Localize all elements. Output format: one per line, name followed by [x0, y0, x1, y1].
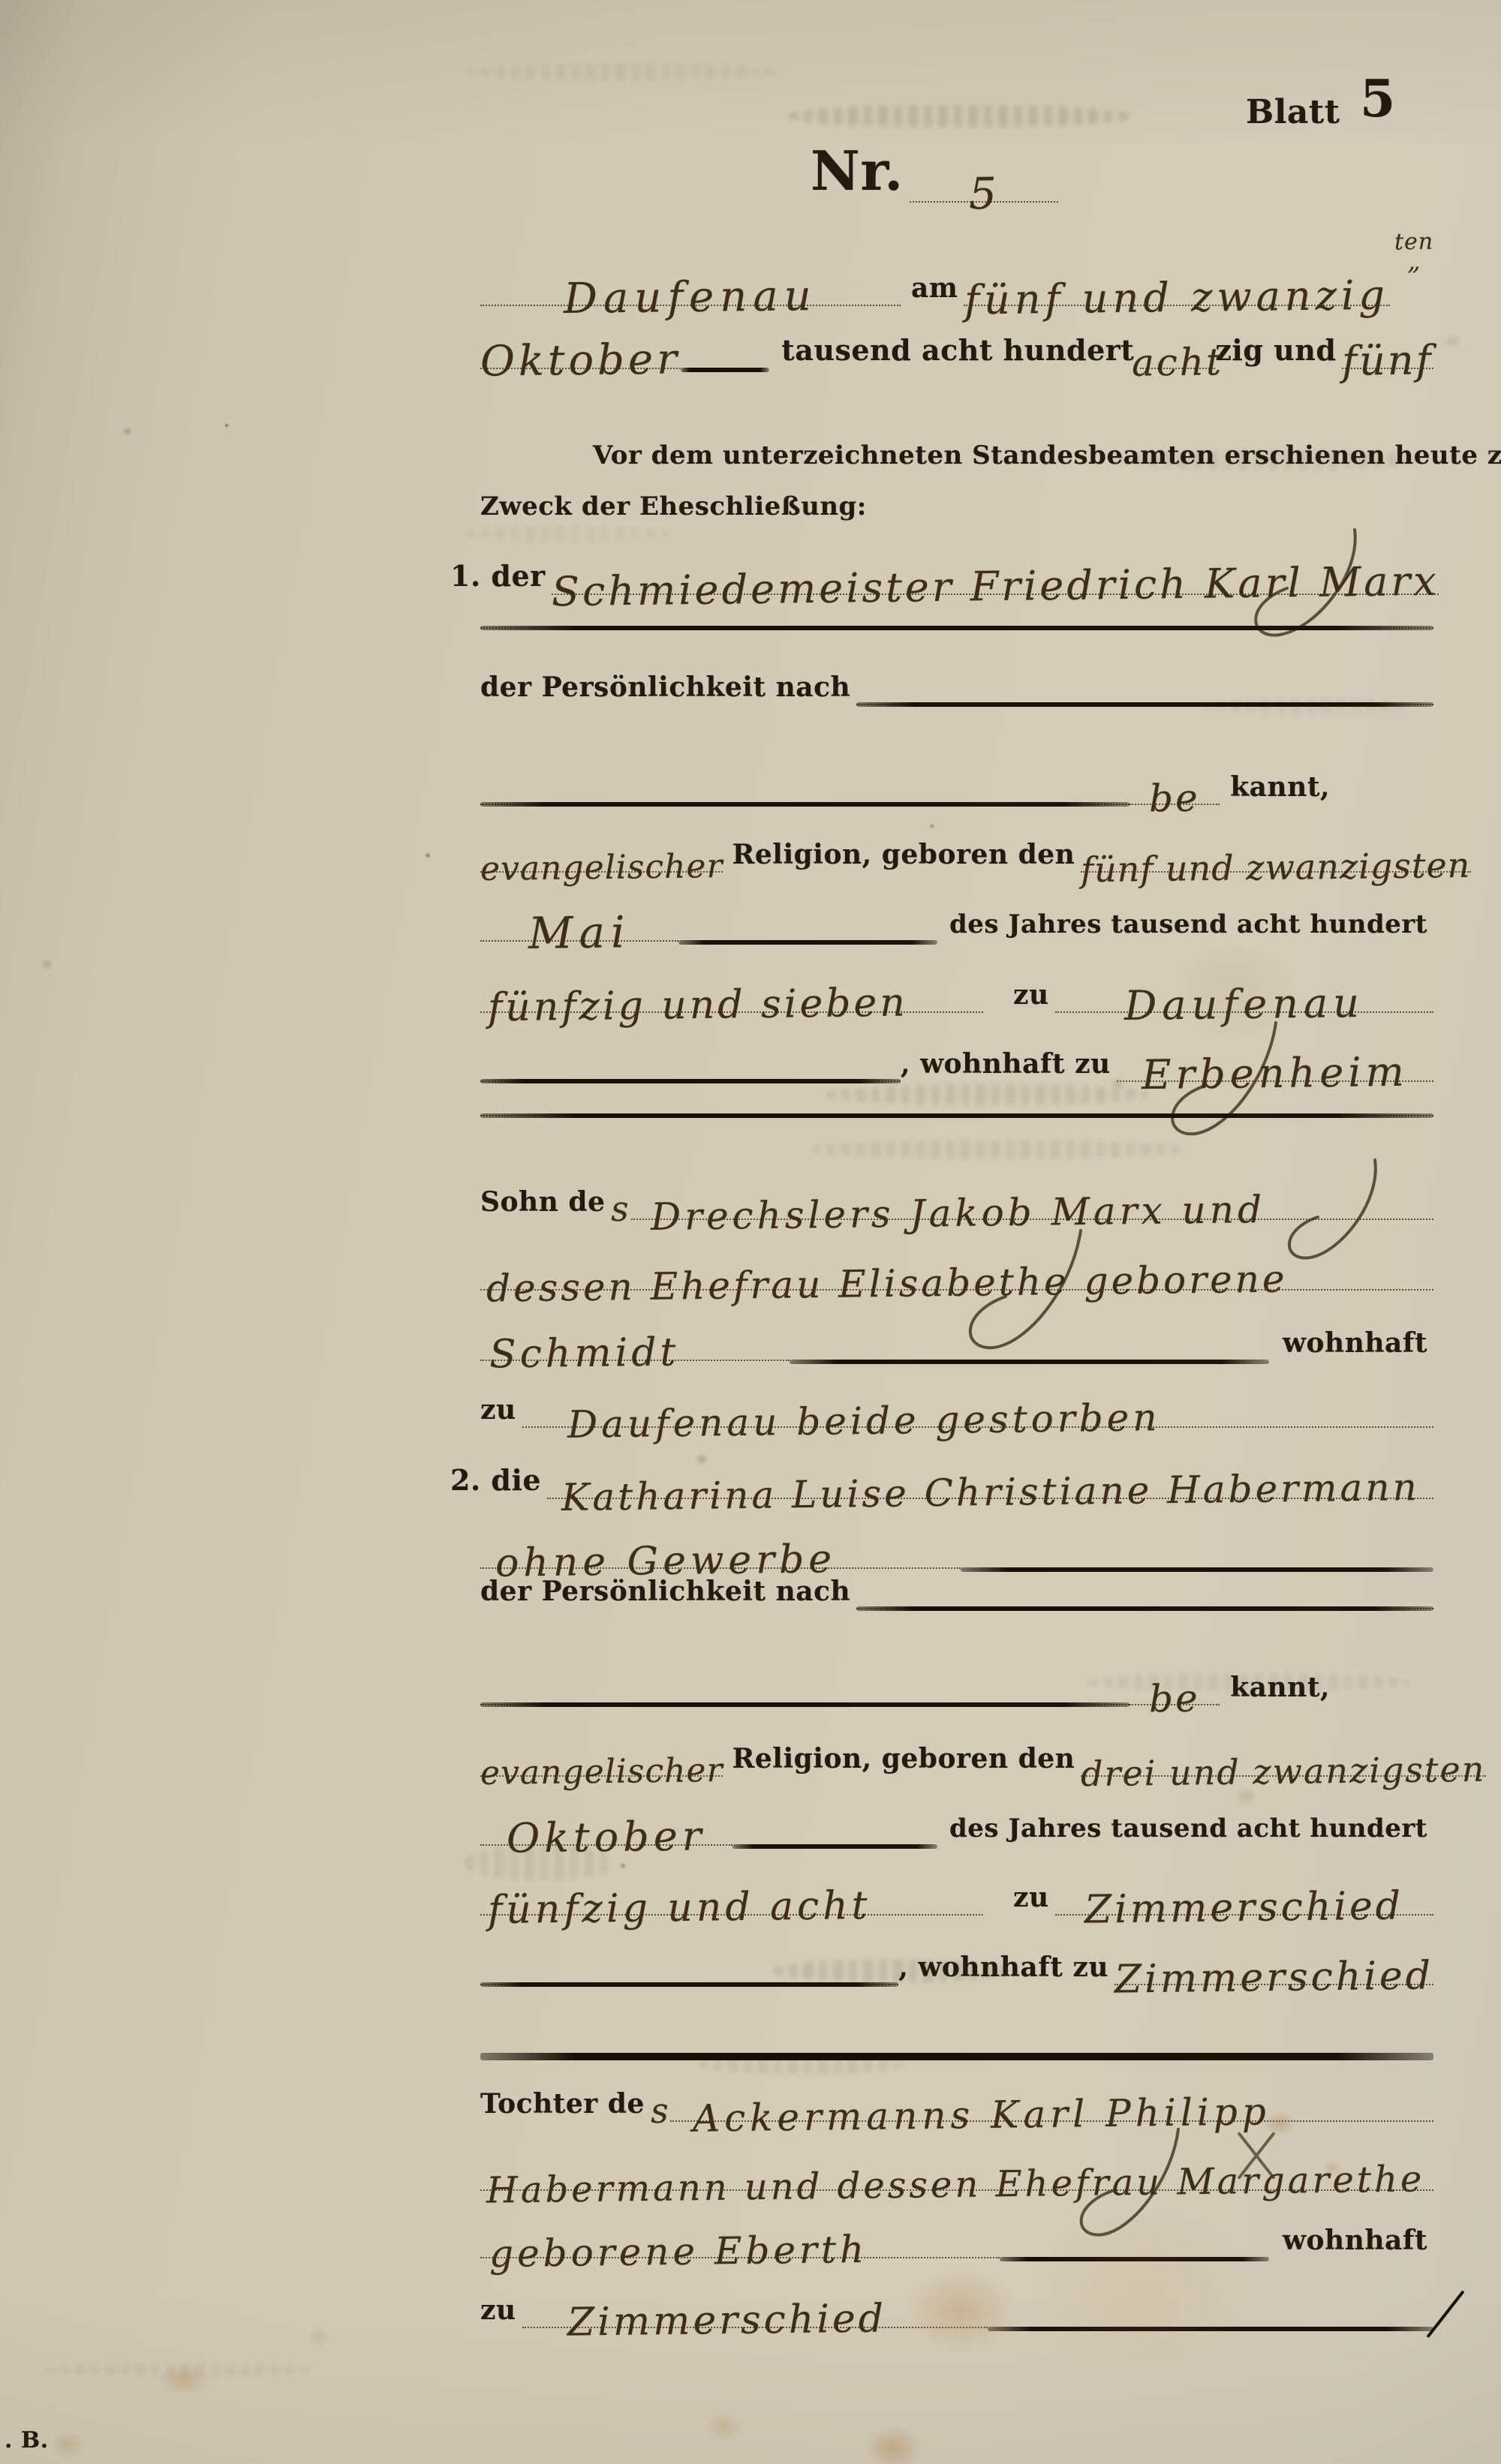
bleedthrough-line	[45, 2363, 315, 2377]
record-number-blank: 5	[910, 122, 1058, 203]
identity-label: der Persönlichkeit nach	[480, 674, 856, 705]
year-prefix-label: tausend acht hundert	[769, 336, 1140, 369]
bride-identity-row: der Persönlichkeit nach	[480, 1557, 1433, 1609]
inked-line	[681, 368, 769, 372]
parents-residence-handwritten: Zimmerschied	[567, 2302, 886, 2341]
sheet-label: Blatt	[1246, 96, 1346, 134]
month-blank: Oktober	[480, 285, 681, 369]
record-number-handwritten: 5	[969, 174, 1000, 214]
unit-handwritten: fünf	[1342, 343, 1433, 380]
bride-parents-residence-row: zu Zimmerschied	[480, 2246, 1433, 2328]
preamble-line1: Vor dem unterzeichneten Standesbeamten e…	[593, 443, 1501, 473]
record-number-row: Nr. 5	[811, 124, 1058, 203]
decade-blank: acht	[1140, 285, 1215, 369]
blank-line	[480, 1070, 1433, 1116]
groom-blank-inked-row2	[480, 1071, 1433, 1116]
opening-month-year-row: Oktober tausend acht hundert acht zig un…	[480, 287, 1433, 369]
identity-blank	[856, 1555, 1433, 1609]
inked-line	[856, 702, 1433, 707]
zu2-label: zu	[480, 2297, 522, 2328]
bride-residence-row: , wohnhaft zu Zimmerschied	[480, 1903, 1433, 1985]
sheet-number: 5	[1360, 74, 1402, 129]
decade-suffix-label: zig und	[1215, 336, 1342, 369]
inked-line	[480, 1982, 898, 1987]
residence-blank: Zimmerschied	[1114, 1901, 1433, 1985]
inked-line	[988, 2327, 1433, 2331]
corner-note: . B.	[5, 2429, 55, 2456]
sheet-number-text: 5	[1360, 69, 1396, 129]
corner-note-text: . B.	[5, 2427, 49, 2453]
blank-line	[480, 582, 1433, 629]
month-handwritten: Oktober	[480, 341, 681, 381]
residence-handwritten: Zimmerschied	[1114, 1959, 1434, 1998]
residence-blank-lead	[480, 1901, 898, 1985]
unit-blank: fünf	[1342, 285, 1433, 369]
sheet-label-text: Blatt	[1246, 93, 1340, 131]
inked-line	[856, 1606, 1433, 1611]
residence-label: , wohnhaft zu	[898, 1954, 1114, 1985]
groom-identity-row: der Persönlichkeit nach	[480, 653, 1433, 705]
decade-handwritten: acht	[1132, 345, 1224, 380]
preamble-line1-text: Vor dem unterzeichneten Standesbeamten e…	[593, 440, 1501, 470]
pen-flourish-tick	[1426, 2290, 1464, 2338]
inked-line	[480, 1113, 1433, 1118]
identity-label: der Persönlichkeit nach	[480, 1578, 856, 1609]
day-suffix-group: ten „	[1394, 232, 1433, 276]
registry-document-page: Blatt 5 Nr. 5 Daufenau am fünf und zwanz…	[0, 0, 1501, 2464]
groom-blank-inked-row	[480, 584, 1433, 629]
identity-blank	[856, 651, 1433, 705]
day-suffix-handwritten: ten	[1394, 232, 1433, 253]
inked-line	[480, 626, 1433, 630]
bleedthrough-line	[465, 64, 781, 80]
parents-residence-blank: Zimmerschied	[522, 2244, 988, 2328]
record-number-label: Nr.	[811, 144, 910, 203]
